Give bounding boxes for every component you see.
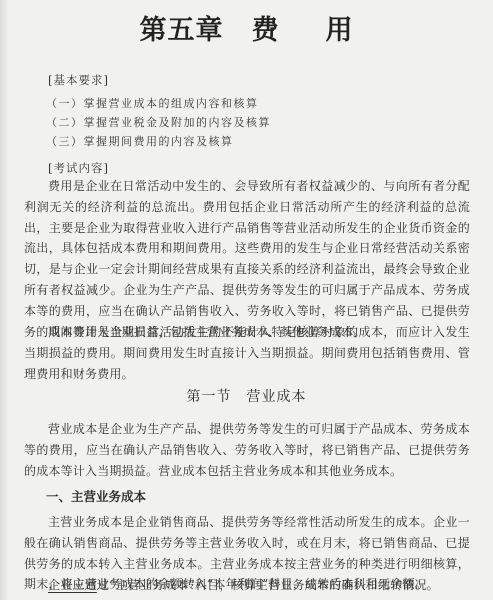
page-edge-shadow: [0, 0, 8, 600]
section-heading: 第一节 营业成本: [0, 386, 493, 406]
underlined-text: 企业应通: [48, 578, 97, 592]
requirement-item: （一）掌握营业成本的组成内容和核算: [46, 95, 259, 111]
basic-requirements-label: [基本要求]: [48, 72, 109, 88]
requirement-item: （三）掌握期间费用的内容及核算: [46, 133, 234, 149]
chapter-title-left: 第五章 费: [140, 15, 280, 46]
requirement-item: （二）掌握营业税金及附加的内容及核算: [46, 114, 271, 130]
last-line-text: 过“主营业务成本”科目，核算主营业务成本的确认和结转情况。: [97, 578, 439, 592]
section-intro-paragraph: 营业成本是企业为生产产品、提供劳务等发生的可归属于产品成本、劳务成本等的费用，应…: [24, 419, 470, 481]
chapter-title: 第五章 费用: [0, 8, 493, 47]
subsection-heading: 一、主营业务成本: [46, 487, 146, 505]
chapter-title-right: 用: [326, 15, 354, 46]
textbook-page: 第五章 费用 [基本要求] （一）掌握营业成本的组成内容和核算 （二）掌握营业税…: [0, 0, 493, 600]
exam-content-paragraph: 费用是企业在日常活动中发生的、会导致所有者权益减少的、与向所有者分配利润无关的经…: [24, 176, 470, 342]
subsection-last-line: 企业应通过“主营业务成本”科目，核算主营业务成本的确认和结转情况。: [24, 575, 470, 596]
exam-content-paragraph: 期间费用是企业日常活动发生的不能计入特定核算对象的成本，而应计入发生当期损益的费…: [24, 322, 470, 384]
exam-content-label: [考试内容]: [48, 160, 109, 176]
